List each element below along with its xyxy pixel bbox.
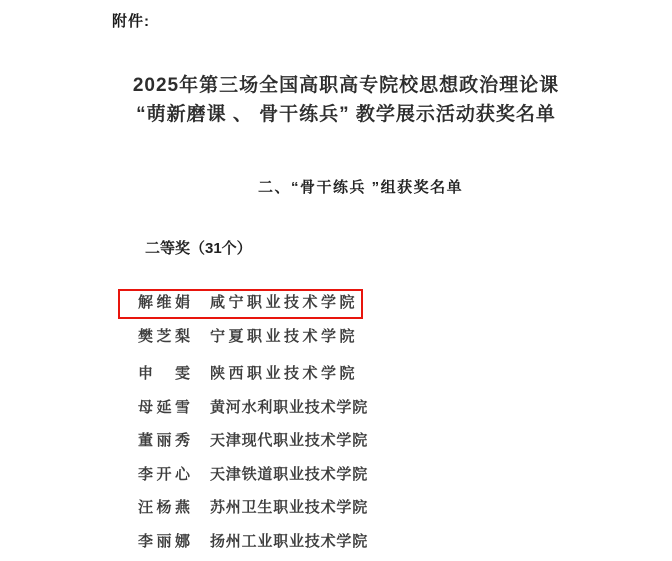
winner-row: 汪杨燕 苏州卫生职业技术学院 bbox=[138, 498, 368, 532]
winner-row: 樊芝梨 宁夏职业技术学院 bbox=[138, 327, 368, 361]
winner-row: 申雯 陕西职业技术学院 bbox=[138, 364, 368, 398]
winner-school: 宁夏职业技术学院 bbox=[210, 327, 358, 346]
winner-name: 樊芝梨 bbox=[138, 327, 190, 346]
winner-school: 天津铁道职业技术学院 bbox=[210, 465, 368, 484]
winner-list: 解维娟 咸宁职业技术学院 樊芝梨 宁夏职业技术学院 申雯 陕西职业技术学院 母延… bbox=[138, 293, 368, 561]
winner-school: 黄河水利职业技术学院 bbox=[210, 398, 368, 417]
winner-name: 申雯 bbox=[138, 364, 190, 383]
winner-school: 扬州工业职业技术学院 bbox=[210, 532, 368, 551]
winner-school: 陕西职业技术学院 bbox=[210, 364, 358, 383]
winner-row: 母延雪 黄河水利职业技术学院 bbox=[138, 398, 368, 432]
winner-row: 董丽秀 天津现代职业技术学院 bbox=[138, 431, 368, 465]
winner-school: 咸宁职业技术学院 bbox=[210, 293, 358, 312]
document-page: 附件: 2025年第三场全国高职高专院校思想政治理论课 “萌新磨课 、 骨干练兵… bbox=[0, 0, 672, 561]
winner-row: 李丽娜 扬州工业职业技术学院 bbox=[138, 532, 368, 561]
attachment-label: 附件: bbox=[112, 10, 150, 31]
winner-name: 汪杨燕 bbox=[138, 498, 190, 517]
winner-name: 董丽秀 bbox=[138, 431, 190, 450]
winner-name: 李丽娜 bbox=[138, 532, 190, 551]
winner-school: 苏州卫生职业技术学院 bbox=[210, 498, 368, 517]
winner-name: 解维娟 bbox=[138, 293, 190, 312]
winner-row: 李开心 天津铁道职业技术学院 bbox=[138, 465, 368, 499]
award-level-heading: 二等奖（31个） bbox=[145, 237, 252, 258]
document-title: 2025年第三场全国高职高专院校思想政治理论课 “萌新磨课 、 骨干练兵” 教学… bbox=[10, 71, 672, 129]
document-title-line2: “萌新磨课 、 骨干练兵” 教学展示活动获奖名单 bbox=[10, 100, 672, 129]
winner-name: 李开心 bbox=[138, 465, 190, 484]
document-title-line1: 2025年第三场全国高职高专院校思想政治理论课 bbox=[10, 71, 672, 100]
winner-name: 母延雪 bbox=[138, 398, 190, 417]
winner-row: 解维娟 咸宁职业技术学院 bbox=[138, 293, 368, 327]
section-heading: 二、“骨干练兵 ”组获奖名单 bbox=[258, 176, 463, 197]
winner-school: 天津现代职业技术学院 bbox=[210, 431, 368, 450]
